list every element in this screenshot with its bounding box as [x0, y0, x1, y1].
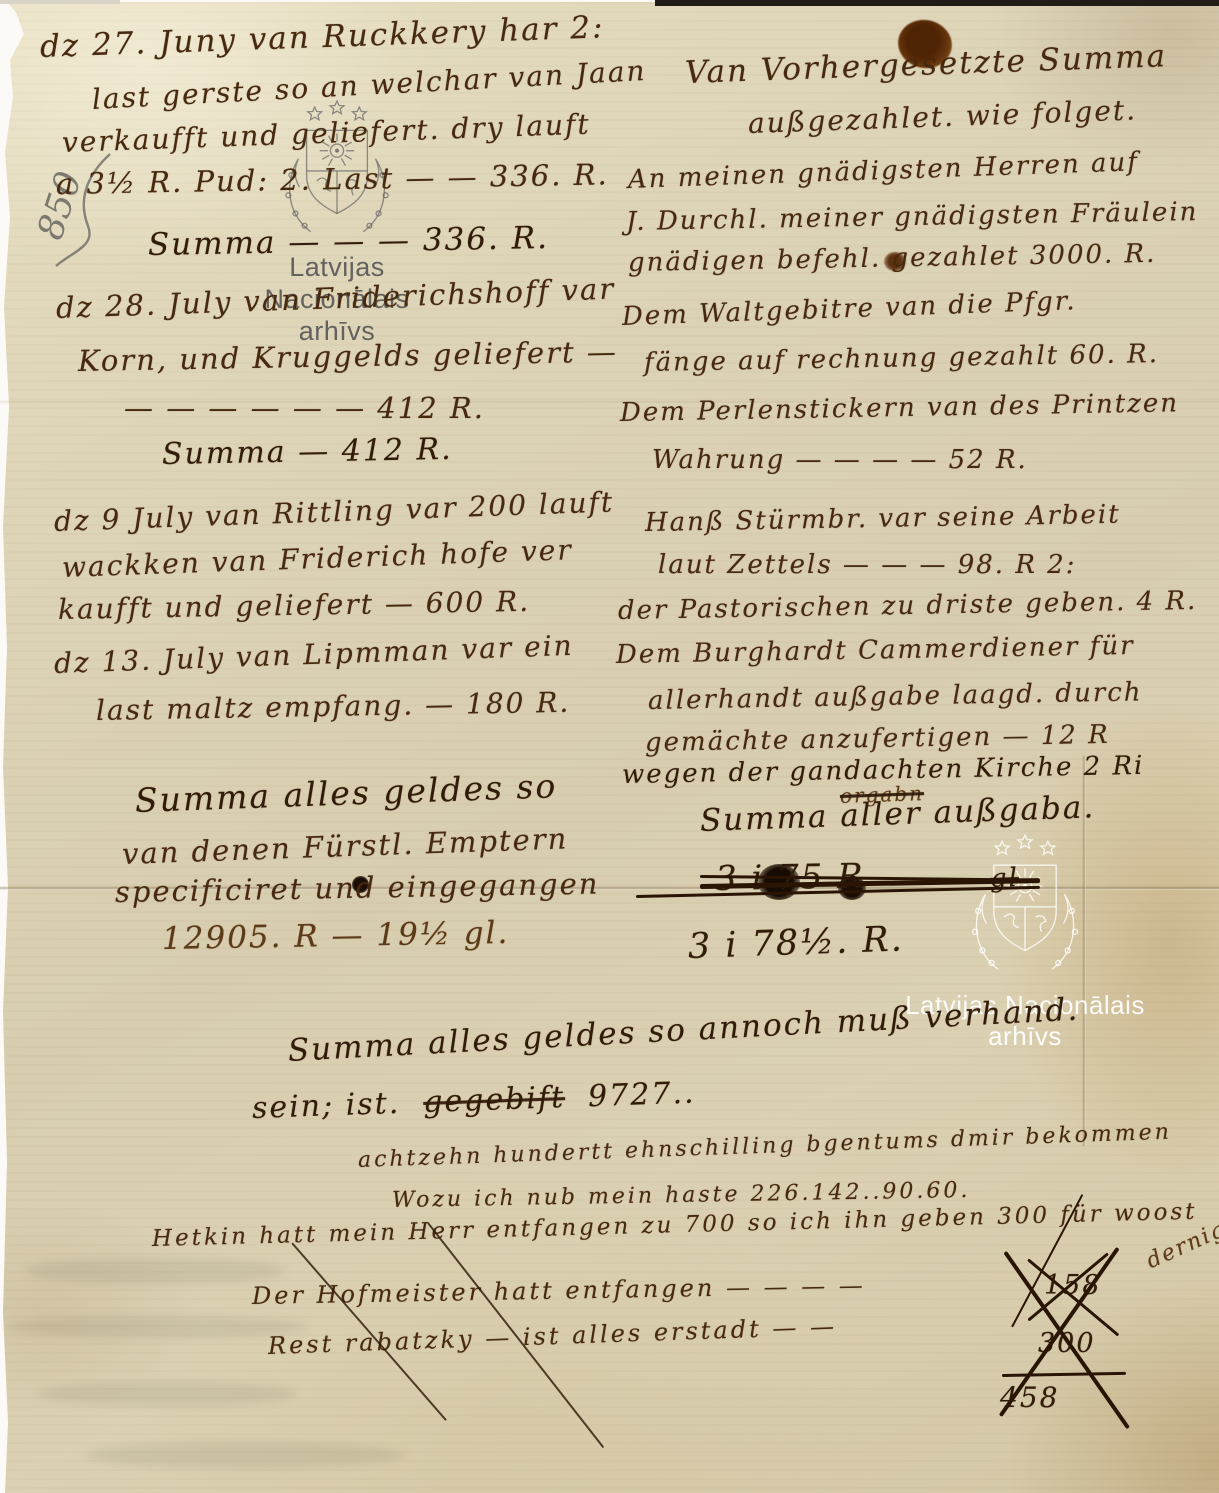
manuscript-line: gemächte anzufertigen — 12 R — [645, 722, 1110, 756]
corrected-total: 3 i 78½. R. — [687, 922, 904, 965]
total-value: 9727.. — [587, 1076, 696, 1115]
manuscript-total-line: 12905. R — 19½ gl. — [162, 918, 510, 955]
manuscript-summa-line: Summa — 412 R. — [162, 435, 453, 470]
manuscript-line: Wahrung — — — — 52 R. — [652, 447, 1028, 473]
manuscript-line: specificiret und eingegangen — [115, 870, 600, 907]
struck-word: gegebift — [423, 1080, 566, 1120]
manuscript-line: Hanß Stürmbr. var seine Arbeit — [645, 502, 1121, 536]
show-through-mark — [25, 1258, 285, 1284]
manuscript-line: — — — — — — 412 R. — [124, 394, 485, 423]
manuscript-line: last maltz empfang. — 180 R. — [96, 689, 571, 725]
show-through-mark — [85, 1442, 405, 1468]
manuscript-line: kaufft und geliefert — 600 R. — [58, 588, 531, 624]
line-segment: sein; ist. — [251, 1086, 400, 1126]
scanner-edge-light — [0, 0, 120, 4]
show-through-mark — [38, 1382, 298, 1406]
show-through-mark — [8, 1316, 308, 1338]
scanner-edge-strip — [655, 0, 1219, 6]
manuscript-summa-line: Summa — — — 336. R. — [148, 223, 549, 261]
coat-of-arms-icon — [961, 834, 1089, 990]
manuscript-line: laut Zettels — — — 98. R 2: — [658, 552, 1076, 578]
scanned-manuscript: { "page": { "description": "17th-century… — [0, 0, 1219, 1493]
